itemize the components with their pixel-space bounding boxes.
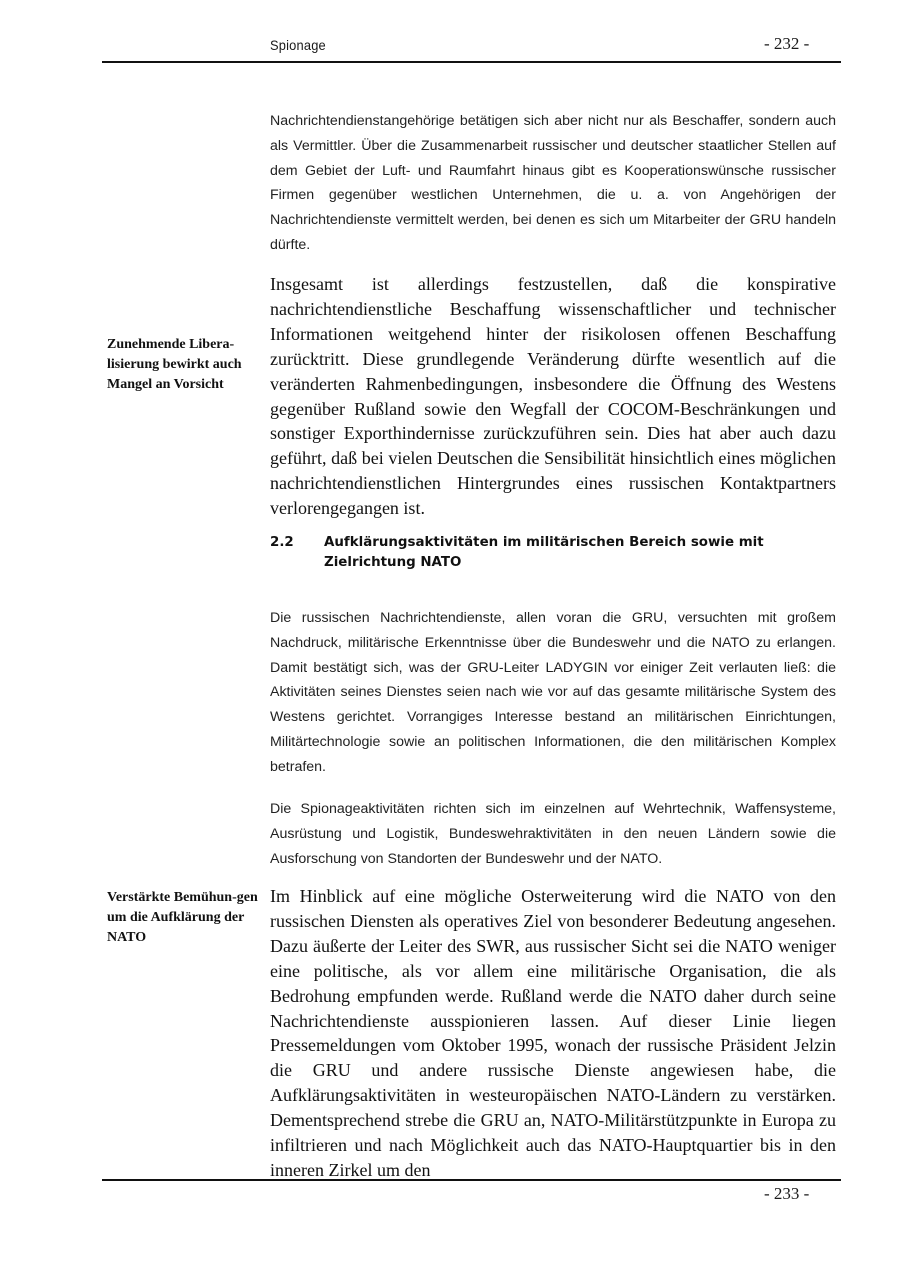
header-rule [102,61,841,63]
body-paragraph: Im Hinblick auf eine mögliche Osterweite… [270,884,836,1183]
body-paragraph: Die russischen Nachrichtendienste, allen… [270,606,836,780]
page-number-bottom: - 233 - [764,1184,809,1204]
body-paragraph: Die Spionageaktivitäten richten sich im … [270,797,836,871]
running-title: Spionage [270,37,326,53]
section-heading: 2.2 Aufklärungsaktivitäten im militärisc… [270,533,840,573]
footer-rule [102,1179,841,1181]
body-paragraph: Insgesamt ist allerdings festzustellen, … [270,272,836,521]
section-title: Aufklärungsaktivitäten im militärischen … [324,533,840,573]
margin-note: Zunehmende Libera-lisierung bewirkt auch… [107,335,267,395]
page-number-top: - 232 - [764,34,809,54]
body-paragraph: Nachrichtendienstangehörige betätigen si… [270,109,836,258]
margin-note: Verstärkte Bemühun-gen um die Aufklärung… [107,888,267,948]
section-number: 2.2 [270,533,294,553]
